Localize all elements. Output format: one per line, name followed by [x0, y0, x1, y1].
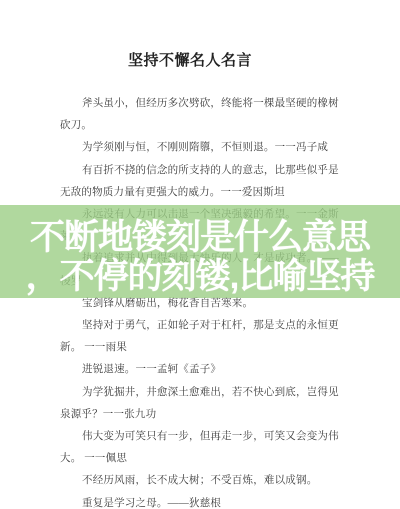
- doc-line: 有百折不挠的信念的所支持的人的意志，比那些似乎是: [82, 164, 339, 177]
- doc-line: 坚持对于勇气，正如轮子对于杠杆，那是支点的永恒更: [82, 319, 339, 332]
- doc-line: 无敌的物质力量有更强大的威力。一一爱因斯坦: [60, 186, 285, 199]
- document-page: 坚持不懈名人名言 斧头虽小，但经历多次劈砍，终能将一棵最坚硬的橡树砍刀。为学须刚…: [0, 0, 400, 509]
- doc-line: 重复是学习之母。——狄慈根: [82, 497, 221, 509]
- doc-line: 大。 一一佩思: [60, 452, 127, 465]
- doc-line: 宝剑锋从磨砺出，梅花香自苦寒来。: [82, 297, 253, 310]
- doc-line: 不经历风雨，长不成大树；不受百炼，难以成钢。: [82, 474, 317, 487]
- doc-line: 新。 一一雨果: [60, 341, 127, 354]
- doc-line: 斧头虽小，但经历多次劈砍，终能将一棵最坚硬的橡树: [82, 97, 339, 110]
- doc-line: 砍刀。: [60, 119, 92, 132]
- caption-overlay-banner: 不断地镂刻是什么意思 ，不停的刻镂,比喻坚持: [0, 205, 400, 298]
- caption-line-1: 不断地镂刻是什么意思: [0, 219, 400, 257]
- doc-line: 为学犹掘井，井愈深土愈难出，若不快心到底，岂得见: [82, 386, 339, 399]
- caption-line-2: ，不停的刻镂,比喻坚持: [0, 258, 400, 296]
- doc-line: 进锐退速。一一孟轲《孟子》: [82, 363, 221, 376]
- doc-line: 伟大变为可笑只有一步，但再走一步，可笑又会变为伟: [82, 430, 339, 443]
- doc-line: 为学须刚与恒，不刚则隋隳，不恒则退。一一冯子咸: [82, 141, 328, 154]
- doc-line: 泉源乎？一一张九功: [60, 408, 156, 421]
